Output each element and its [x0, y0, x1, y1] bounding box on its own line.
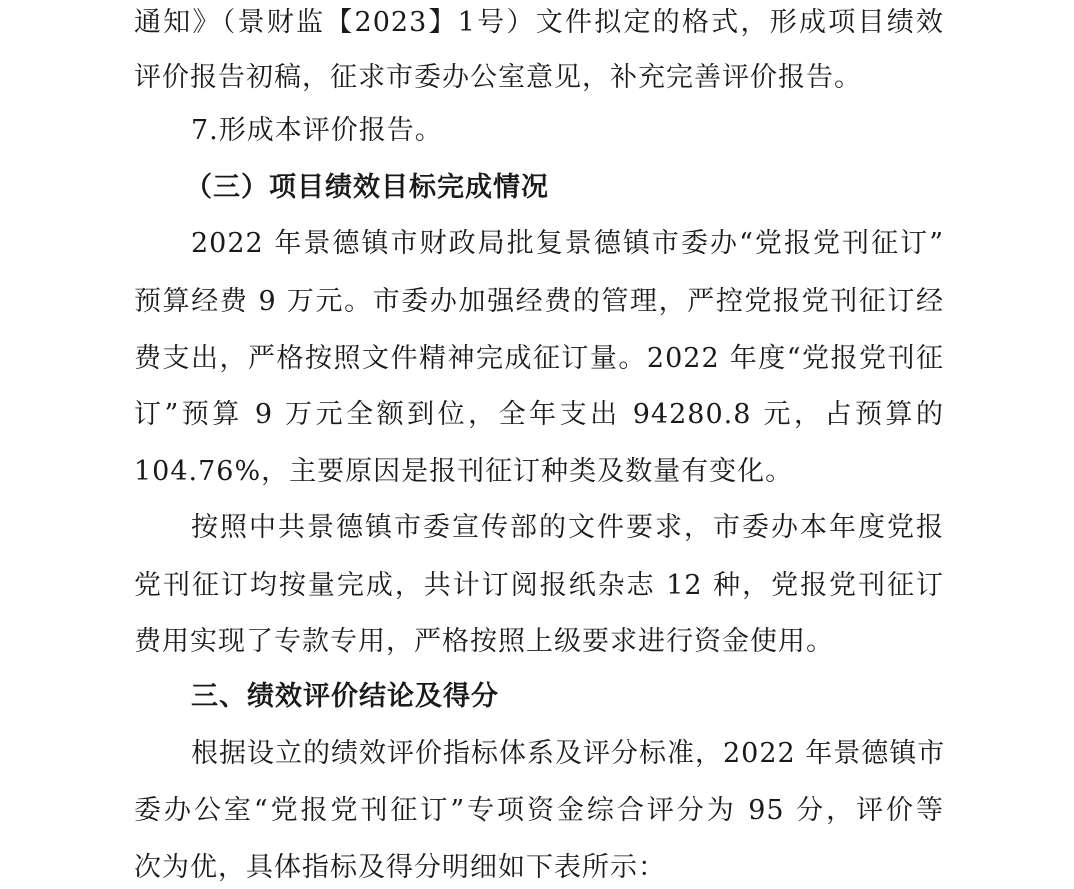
text-line: 预算经费 9 万元。市委办加强经费的管理，严控党报党刊征订经 — [134, 282, 944, 322]
text-line: 委办公室“党报党刊征订”专项资金综合评分为 95 分，评价等 — [134, 791, 944, 831]
text-line: 根据设立的绩效评价指标体系及评分标准，2022 年景德镇市 — [191, 734, 944, 774]
text-line: 评价报告初稿，征求市委办公室意见，补充完善评价报告。 — [134, 58, 944, 98]
text-line: 党刊征订均按量完成，共计订阅报纸杂志 12 种，党报党刊征订 — [134, 566, 944, 606]
list-item-step-7: 7.形成本评价报告。 — [191, 111, 944, 151]
text-line: 费用实现了专款专用，严格按照上级要求进行资金使用。 — [134, 622, 944, 662]
subsection-heading: （三）项目绩效目标完成情况 — [185, 168, 995, 208]
text-line: 费支出，严格按照文件精神完成征订量。2022 年度“党报党刊征 — [134, 339, 944, 379]
text-line: 次为优，具体指标及得分明细如下表所示： — [134, 848, 944, 888]
text-line: 按照中共景德镇市委宣传部的文件要求，市委办本年度党报 — [191, 508, 944, 548]
text-line: 订”预算 9 万元全额到位，全年支出 94280.8 元，占预算的 — [134, 395, 944, 435]
text-line: 104.76%，主要原因是报刊征订种类及数量有变化。 — [134, 452, 944, 492]
text-line: 2022 年景德镇市财政局批复景德镇市委办“党报党刊征订” — [191, 224, 944, 264]
section-heading: 三、绩效评价结论及得分 — [191, 677, 944, 717]
document-page: 通知》（景财监【2023】1号）文件拟定的格式，形成项目绩效 评价报告初稿，征求… — [0, 0, 1074, 889]
text-line: 通知》（景财监【2023】1号）文件拟定的格式，形成项目绩效 — [134, 3, 944, 43]
